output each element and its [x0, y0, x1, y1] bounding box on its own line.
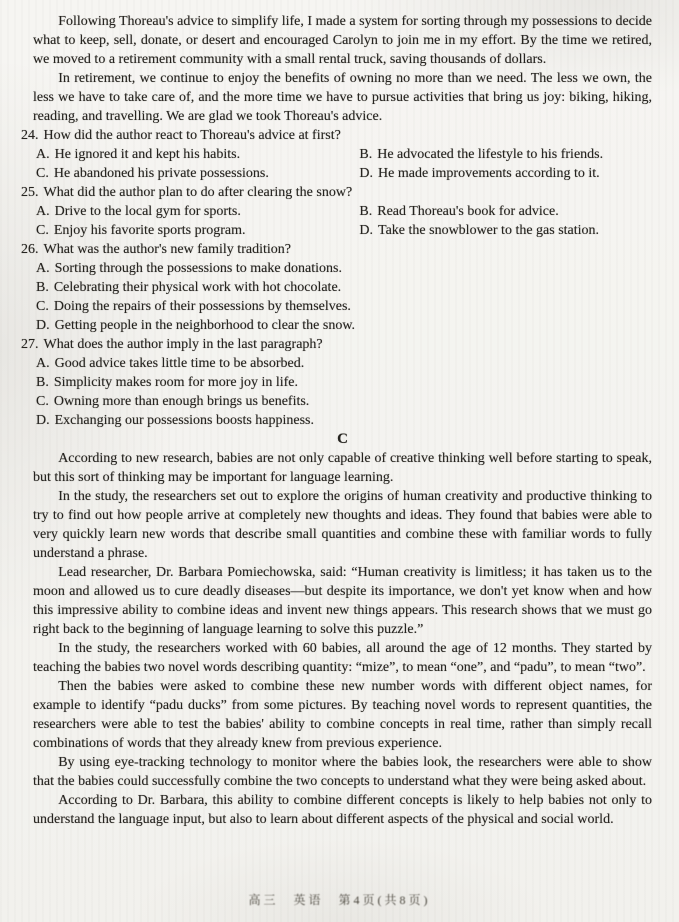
option-26-A: A.Sorting through the possessions to mak… — [36, 259, 652, 278]
passage-paragraph: Lead researcher, Dr. Barbara Pomiechowsk… — [33, 563, 652, 639]
passage-paragraph: By using eye-tracking technology to moni… — [33, 753, 652, 791]
passage-paragraph: Then the babies were asked to combine th… — [33, 677, 652, 753]
option-26-B: B.Celebrating their physical work with h… — [36, 278, 652, 297]
question-stem: 25.What did the author plan to do after … — [21, 183, 652, 202]
option-label: A. — [36, 356, 50, 371]
question-stem: 24.How did the author react to Thoreau's… — [21, 126, 652, 145]
option-text: Read Thoreau's book for advice. — [377, 204, 558, 219]
option-text: Simplicity makes room for more joy in li… — [54, 375, 298, 390]
option-25-B: B.Read Thoreau's book for advice. — [359, 202, 652, 221]
passage-paragraph: According to Dr. Barbara, this ability t… — [33, 791, 652, 829]
option-label: D. — [359, 223, 373, 238]
option-text: He advocated the lifestyle to his friend… — [377, 147, 603, 162]
scanned-exam-page: Following Thoreau's advice to simplify l… — [0, 0, 679, 922]
option-label: B. — [359, 147, 372, 162]
option-label: D. — [36, 318, 50, 333]
option-text: Sorting through the possessions to make … — [55, 261, 342, 276]
option-26-C: C.Doing the repairs of their possessions… — [36, 297, 652, 316]
question-stem: 26.What was the author's new family trad… — [21, 240, 652, 259]
option-24-C: C.He abandoned his private possessions. — [36, 164, 359, 183]
question-number: 27. — [21, 337, 39, 352]
question-26: 26.What was the author's new family trad… — [21, 240, 652, 335]
option-text: Getting people in the neighborhood to cl… — [55, 318, 355, 333]
option-text: He abandoned his private possessions. — [54, 166, 269, 181]
question-24: 24.How did the author react to Thoreau's… — [21, 126, 652, 183]
option-text: Exchanging our possessions boosts happin… — [55, 413, 314, 428]
option-25-D: D.Take the snowblower to the gas station… — [359, 221, 652, 240]
option-27-A: A.Good advice takes little time to be ab… — [36, 354, 652, 373]
question-text: What was the author's new family traditi… — [44, 242, 291, 257]
option-label: A. — [36, 147, 50, 162]
question-number: 24. — [21, 128, 39, 143]
section-heading: C — [33, 430, 652, 449]
option-text: Enjoy his favorite sports program. — [54, 223, 246, 238]
exam-passage-and-questions: Following Thoreau's advice to simplify l… — [33, 12, 652, 829]
option-label: B. — [36, 280, 49, 295]
question-number: 26. — [21, 242, 39, 257]
question-text: How did the author react to Thoreau's ad… — [44, 128, 341, 143]
option-label: C. — [36, 394, 49, 409]
options-list: A.He ignored it and kept his habits.B.He… — [36, 145, 652, 183]
option-text: Drive to the local gym for sports. — [55, 204, 241, 219]
option-27-D: D.Exchanging our possessions boosts happ… — [36, 411, 652, 430]
option-label: B. — [36, 375, 49, 390]
option-text: Celebrating their physical work with hot… — [54, 280, 341, 295]
option-27-C: C.Owning more than enough brings us bene… — [36, 392, 652, 411]
option-label: D. — [36, 413, 50, 428]
option-text: Good advice takes little time to be abso… — [55, 356, 305, 371]
passage-paragraph: In the study, the researchers worked wit… — [33, 639, 652, 677]
question-27: 27.What does the author imply in the las… — [21, 335, 652, 430]
option-25-C: C.Enjoy his favorite sports program. — [36, 221, 359, 240]
question-25: 25.What did the author plan to do after … — [21, 183, 652, 240]
option-25-A: A.Drive to the local gym for sports. — [36, 202, 359, 221]
passage-paragraph: In the study, the researchers set out to… — [33, 487, 652, 563]
options-list: A.Drive to the local gym for sports.B.Re… — [36, 202, 652, 240]
option-label: D. — [359, 166, 373, 181]
option-24-B: B.He advocated the lifestyle to his frie… — [359, 145, 652, 164]
question-stem: 27.What does the author imply in the las… — [21, 335, 652, 354]
passage-paragraph: Following Thoreau's advice to simplify l… — [33, 12, 652, 69]
option-label: B. — [359, 204, 372, 219]
option-24-A: A.He ignored it and kept his habits. — [36, 145, 359, 164]
options-list: A.Good advice takes little time to be ab… — [36, 354, 652, 430]
option-text: He made improvements according to it. — [378, 166, 600, 181]
option-text: Doing the repairs of their possessions b… — [54, 299, 351, 314]
option-label: C. — [36, 166, 49, 181]
option-text: Take the snowblower to the gas station. — [378, 223, 599, 238]
page-footer: 高三 英语 第4页(共8页) — [0, 891, 679, 908]
option-24-D: D.He made improvements according to it. — [359, 164, 652, 183]
option-label: C. — [36, 223, 49, 238]
option-label: A. — [36, 204, 50, 219]
passage-paragraph: According to new research, babies are no… — [33, 449, 652, 487]
question-number: 25. — [21, 185, 39, 200]
question-text: What does the author imply in the last p… — [44, 337, 323, 352]
option-26-D: D.Getting people in the neighborhood to … — [36, 316, 652, 335]
passage-paragraph: In retirement, we continue to enjoy the … — [33, 69, 652, 126]
option-text: He ignored it and kept his habits. — [55, 147, 240, 162]
option-27-B: B.Simplicity makes room for more joy in … — [36, 373, 652, 392]
question-text: What did the author plan to do after cle… — [44, 185, 353, 200]
option-label: A. — [36, 261, 50, 276]
option-text: Owning more than enough brings us benefi… — [54, 394, 309, 409]
options-list: A.Sorting through the possessions to mak… — [36, 259, 652, 335]
option-label: C. — [36, 299, 49, 314]
